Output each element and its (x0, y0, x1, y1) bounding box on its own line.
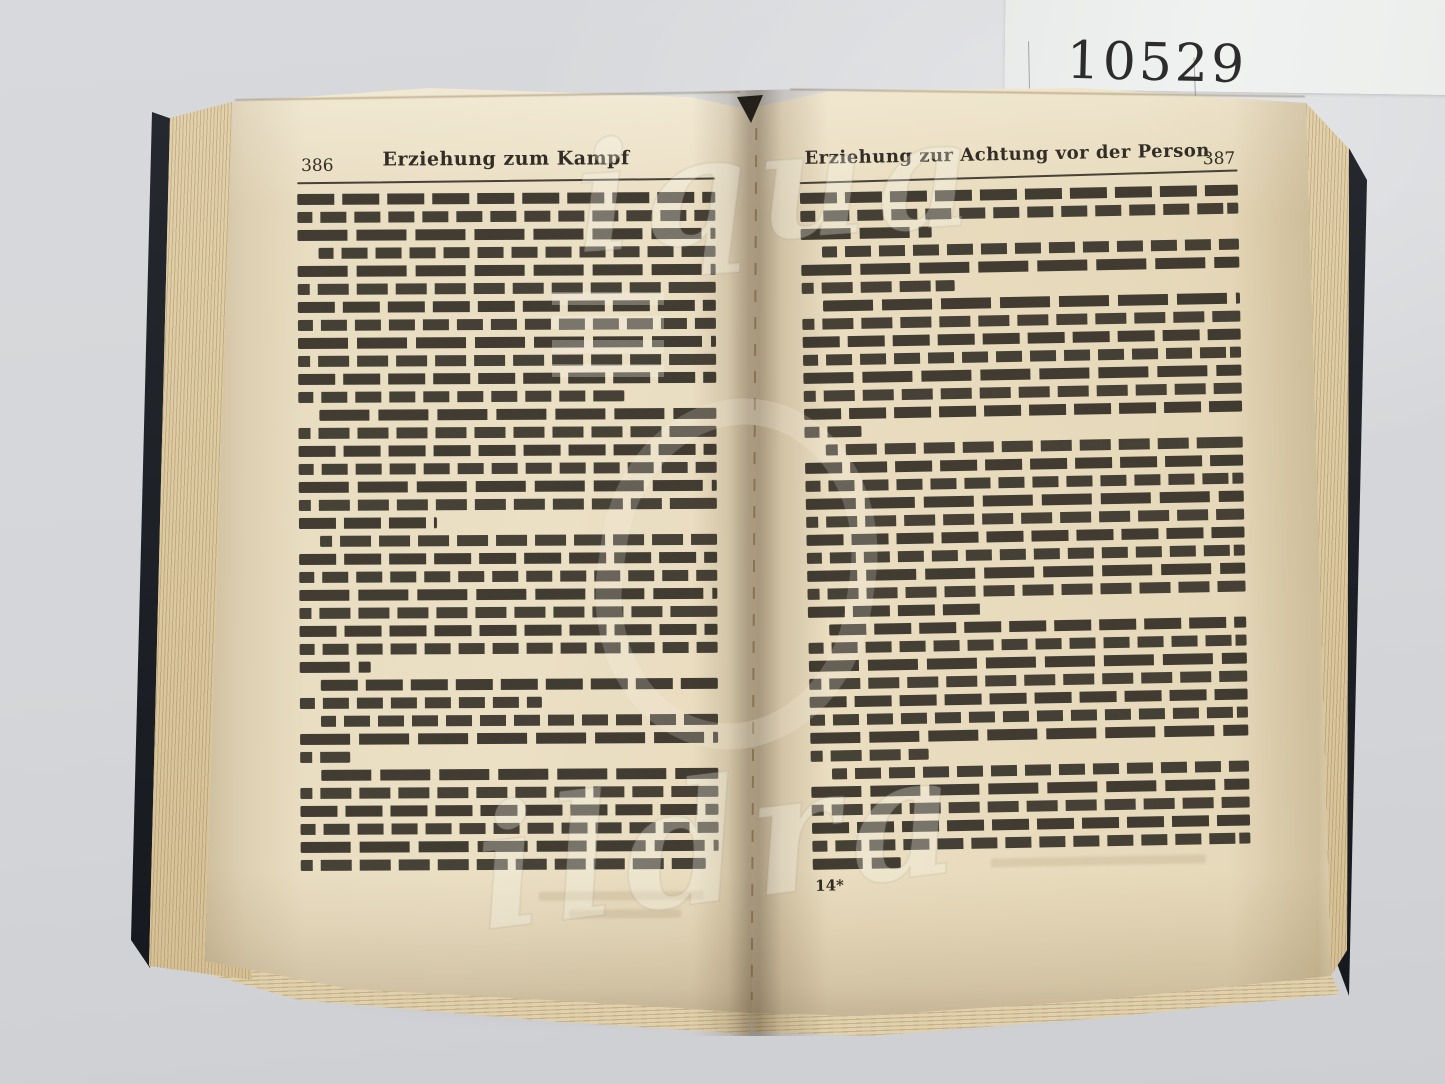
text-line (803, 347, 1241, 366)
text-line (321, 678, 718, 691)
text-line (808, 604, 983, 618)
text-line (300, 662, 371, 673)
text-line (809, 670, 1247, 689)
text-line (299, 517, 437, 529)
text-line (298, 300, 716, 313)
text-line (300, 697, 542, 709)
text-line (807, 545, 1245, 564)
text-line (298, 390, 624, 403)
text-line (809, 652, 1247, 671)
text-line (806, 527, 1244, 546)
text-line (298, 426, 716, 439)
text-line (800, 203, 1238, 222)
text-line (298, 336, 716, 349)
text-line (300, 642, 718, 655)
text-line (321, 714, 718, 727)
text-line (301, 840, 719, 853)
text-line (319, 408, 716, 421)
text-line (804, 383, 1242, 402)
text-line (321, 768, 718, 781)
text-line (299, 624, 717, 637)
text-line (298, 372, 716, 385)
text-line (800, 185, 1238, 204)
text-line (298, 318, 716, 331)
text-line (297, 228, 715, 241)
text-line (811, 778, 1249, 797)
text-line (297, 210, 715, 223)
text-line (300, 804, 718, 817)
text-line (822, 239, 1239, 258)
text-line (812, 814, 1250, 833)
show-through-smudge (569, 909, 681, 919)
text-line (320, 534, 717, 547)
text-line (301, 858, 707, 871)
text-line (806, 509, 1244, 528)
text-line (299, 606, 717, 619)
page-number-left: 386 (301, 156, 334, 176)
text-line (823, 293, 1240, 312)
text-line (806, 491, 1244, 510)
text-line (810, 724, 1248, 743)
text-line (301, 822, 719, 835)
inventory-number: 10529 (1066, 31, 1248, 95)
text-line (297, 192, 715, 205)
running-head-left: Erziehung zum Kampf (297, 147, 715, 171)
text-line (829, 617, 1246, 636)
text-line (300, 786, 718, 799)
text-line (804, 426, 861, 438)
text-line (803, 329, 1241, 348)
text-line (801, 257, 1239, 276)
text-line (299, 444, 717, 457)
left-page-content: 386 Erziehung zum Kampf (297, 147, 719, 878)
text-line (298, 354, 716, 367)
text-line (300, 732, 718, 745)
text-line (812, 832, 1250, 851)
text-line (299, 462, 717, 475)
signature-mark: 14* (815, 876, 844, 895)
text-column-left (297, 192, 719, 871)
text-line (299, 480, 717, 493)
text-line (300, 752, 350, 763)
text-line (826, 437, 1243, 456)
text-line (832, 760, 1249, 779)
text-line (801, 226, 933, 240)
text-line (802, 280, 955, 294)
text-line (299, 498, 717, 511)
text-line (319, 246, 716, 259)
text-line (804, 401, 1242, 420)
text-line (810, 688, 1248, 707)
left-page-header: 386 Erziehung zum Kampf (297, 147, 715, 176)
text-line (298, 264, 716, 277)
text-line (810, 706, 1248, 725)
text-line (299, 588, 717, 601)
text-line (805, 473, 1243, 492)
right-page-content: Erziehung zur Achtung vor der Person 387… (799, 140, 1251, 895)
text-line (812, 796, 1250, 815)
page-number-right: 387 (1203, 149, 1236, 170)
photo: 10529 386 Erziehung zum Kampf (0, 0, 1445, 1084)
text-line (805, 455, 1243, 474)
text-line (809, 635, 1247, 654)
text-line (802, 311, 1240, 330)
inventory-card: 10529 (1004, 0, 1445, 95)
text-line (299, 552, 717, 565)
text-column-right (800, 185, 1251, 870)
text-line (807, 581, 1245, 600)
text-line (807, 563, 1245, 582)
text-line (298, 282, 716, 295)
header-rule-left (297, 178, 715, 185)
text-line (299, 570, 717, 583)
show-through-smudge (539, 891, 704, 901)
text-line (803, 365, 1241, 384)
text-line (811, 749, 929, 762)
text-line (813, 857, 901, 870)
